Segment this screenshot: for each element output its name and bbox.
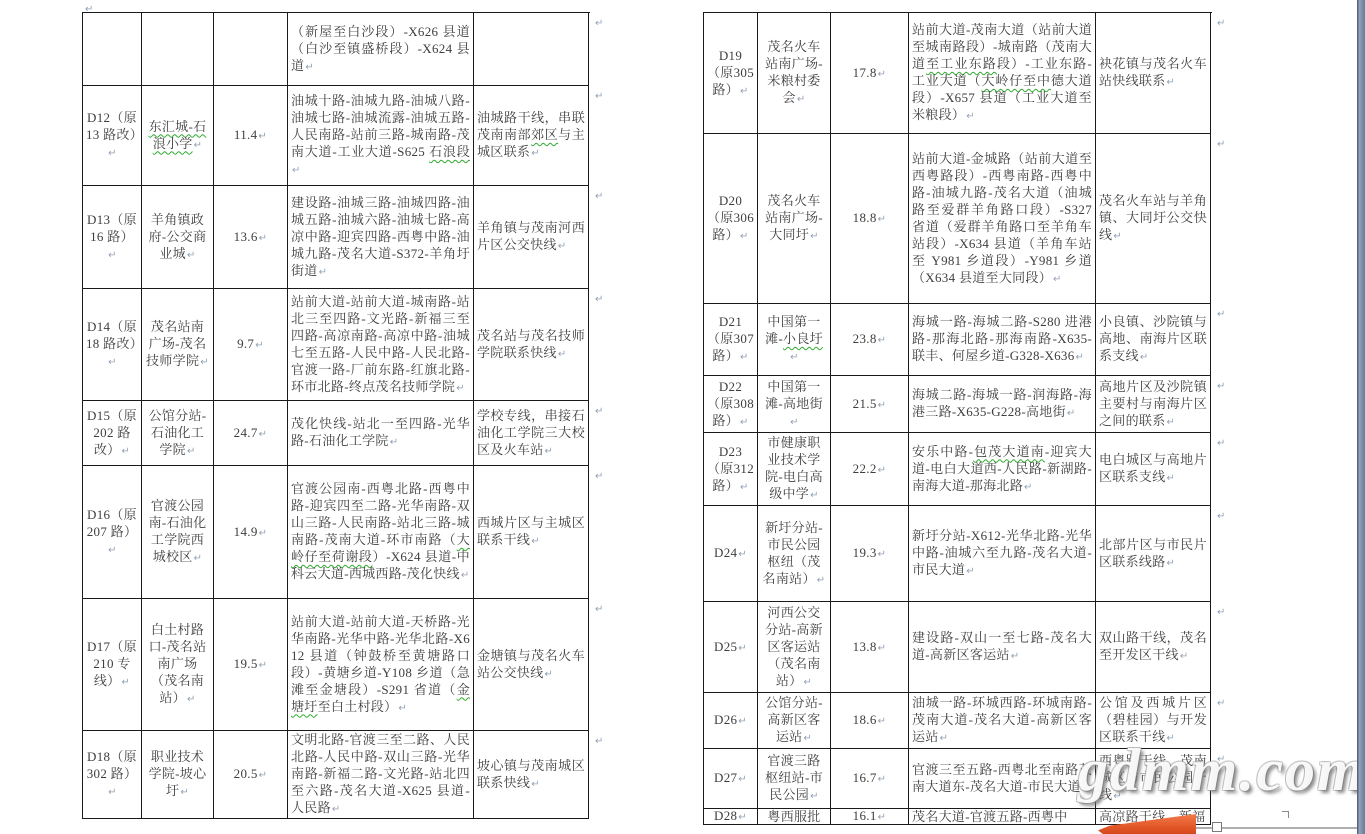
function-cell: 学校专线，串接石油化工学院三大校区及火车站↵ [474, 401, 589, 466]
function-cell: 坡心镇与茂南城区联系快线↵ [474, 731, 589, 819]
paragraph-mark: ↵ [85, 4, 93, 15]
paragraph-mark: ↵ [738, 774, 747, 785]
route-name-cell: 茂名站南广场-茂名技师学院↵ [142, 289, 214, 401]
function-cell: 高地片区及沙院镇主要村与南海片区之间的联系↵ [1096, 376, 1211, 433]
distance-cell: 18.8↵ [831, 134, 909, 304]
paragraph-mark: ↵ [1167, 77, 1176, 88]
paragraph-mark: ↵ [1113, 791, 1122, 802]
function-cell: 油城路干线，串联茂南南部郊区与主城区联系↵ [474, 86, 589, 186]
row-end-mark: ↵ [595, 604, 603, 615]
function-cell: 袂花镇与茂名火车站快线联系↵ [1096, 13, 1211, 134]
distance-cell: 13.6↵ [214, 186, 288, 289]
route-desc-cell: 海城二路-海城一路-润海路-海港三路-X635-G228-高地街↵ [909, 376, 1096, 433]
table-row: D19（原305 路）↵茂名火车站南广场-米粮村委会↵17.8↵站前大道-茂南大… [704, 13, 1212, 134]
row-end-mark: ↵ [1217, 18, 1225, 29]
route-name-cell: 职业技术学院-坡心圩↵ [142, 731, 214, 819]
route-name-cell: 羊角镇政府-公交商业城↵ [142, 186, 214, 289]
table-row: D27↵官渡三路枢纽站-市民公园↵16.7↵官渡三至五路-西粤北至南路茂南大道东… [704, 749, 1212, 809]
distance-cell: 11.4↵ [214, 86, 288, 186]
paragraph-mark: ↵ [1067, 408, 1076, 419]
table-row: D20（原306 路）↵茂名火车站南广场-大同圩↵18.8↵站前大道-金城路（站… [704, 134, 1212, 304]
route-desc-cell: 文明北路-官渡三至二路、人民北路-人民中路-双山三路-光华南路-新福二路-文光路… [288, 731, 474, 819]
route-desc-cell: 建设路-油城三路-油城四路-油城五路-油城六路-油城七路-高凉中路-迎宾四路-西… [288, 186, 474, 289]
route-desc-cell: 新圩分站-X612-光华北路-光华中路-油城六至九路-茂名大道-市民大道↵ [909, 506, 1096, 602]
route-desc-cell: 站前大道-茂南大道（站前大道至城南路段）-城南路（茂南大道至工业东路段）-工业东… [909, 13, 1096, 134]
distance-cell: 9.7↵ [214, 289, 288, 401]
distance-cell: 22.2↵ [831, 433, 909, 506]
paragraph-mark: ↵ [817, 575, 826, 586]
paragraph-mark: ↵ [803, 733, 812, 744]
route-id-cell: D28↵ [704, 809, 758, 825]
table-row: D13（原16 路）↵羊角镇政府-公交商业城↵13.6↵建设路-油城三路-油城四… [83, 186, 590, 289]
paragraph-mark: ↵ [187, 694, 196, 705]
distance-cell: 16.1↵ [831, 809, 909, 825]
row-end-mark: ↵ [595, 471, 603, 482]
paragraph-mark: ↵ [878, 69, 887, 80]
paragraph-mark: ↵ [108, 545, 117, 556]
route-desc-cell: 海城一路-海城二路-S280 进港路-那海北路-那海南路-X635-联丰、何屋乡… [909, 304, 1096, 376]
distance-cell: 16.7↵ [831, 749, 909, 809]
distance-cell: 24.7↵ [214, 401, 288, 466]
route-name-cell: 白土村路口-茂名站南广场（茂名南站）↵ [142, 599, 214, 731]
route-id-cell: D25↵ [704, 602, 758, 693]
paragraph-mark: ↵ [810, 231, 819, 242]
route-name-cell: 东汇城-石浪小学↵ [142, 86, 214, 186]
row-end-mark: ↵ [1217, 381, 1225, 392]
table-row: D21（原307 路）↵中国第一滩-小良圩↵23.8↵海城一路-海城二路-S28… [704, 304, 1212, 376]
resize-handle[interactable] [1212, 822, 1222, 832]
table-row: D14（原18 路改）↵茂名站南广场-茂名技师学院↵9.7↵站前大道-站前大道-… [83, 289, 590, 401]
paragraph-mark: ↵ [1011, 651, 1020, 662]
route-id-cell: D22（原308 路）↵ [704, 376, 758, 433]
paragraph-mark: ↵ [803, 677, 812, 688]
distance-cell: 21.5↵ [831, 376, 909, 433]
function-cell [474, 13, 589, 86]
paragraph-mark: ↵ [1140, 352, 1149, 363]
paragraph-mark: ↵ [738, 643, 747, 654]
route-name-cell: 新圩分站-市民公园枢纽（茂名南站）↵ [758, 506, 831, 602]
route-desc-cell: 官渡公园南-西粤北路-西粤中路-迎宾四至二路-光华南路-双山三路-人民南路-站北… [288, 466, 474, 599]
paragraph-mark: ↵ [878, 465, 887, 476]
route-id-cell: D24↵ [704, 506, 758, 602]
row-end-mark: ↵ [1217, 698, 1225, 709]
table-row: D25↵河西公交分站-高新区客运站（茂名南站）↵13.8↵建设路-双山一至七路-… [704, 602, 1212, 693]
paragraph-mark: ↵ [878, 335, 887, 346]
paragraph-mark: ↵ [1167, 558, 1176, 569]
paragraph-mark: ↵ [1167, 417, 1176, 428]
paragraph-mark: ↵ [1167, 473, 1176, 484]
paragraph-mark: ↵ [790, 352, 799, 363]
route-desc-cell: 官渡三至五路-西粤北至南路茂南大道东-茂名大道-市民大道↵ [909, 749, 1096, 809]
paragraph-mark: ↵ [740, 417, 749, 428]
route-name-cell: 粤西服批 [758, 809, 831, 825]
paragraph-mark: ↵ [108, 787, 117, 798]
route-name-cell: 官渡三路枢纽站-市民公园↵ [758, 749, 831, 809]
row-end-mark: ↵ [1217, 754, 1225, 765]
paragraph-mark: ↵ [305, 62, 314, 73]
route-desc-cell: 茂化快线-站北一至四路-光华路-石油化工学院↵ [288, 401, 474, 466]
paragraph-mark: ↵ [121, 446, 130, 457]
function-cell: 双山路干线，茂名至开发区干线↵ [1096, 602, 1211, 693]
function-cell: 电白城区与高地片区联系支线↵ [1096, 433, 1211, 506]
distance-cell: 23.8↵ [831, 304, 909, 376]
route-id-cell: D14（原18 路改）↵ [83, 289, 142, 401]
route-name-cell: 市健康职业技术学院-电白高级中学↵ [758, 433, 831, 506]
route-id-cell: D27↵ [704, 749, 758, 809]
paragraph-mark: ↵ [878, 716, 887, 727]
function-cell: 西粤路干线，茂南城区与市民公园干线↵ [1096, 749, 1211, 809]
row-end-mark: ↵ [1217, 139, 1225, 150]
row-end-mark: ↵ [1217, 438, 1225, 449]
route-id-cell: D12（原13 路改）↵ [83, 86, 142, 186]
paragraph-mark: ↵ [878, 400, 887, 411]
paragraph-mark: ↵ [738, 549, 747, 560]
route-desc-cell: 安乐中路-包茂大道南-迎宾大道-电白大道西-人民路-新湖路-南海大道-那海北路↵ [909, 433, 1096, 506]
route-name-cell: 茂名火车站南广场-米粮村委会↵ [758, 13, 831, 134]
row-end-mark: ↵ [1217, 309, 1225, 320]
paragraph-mark: ↵ [740, 352, 749, 363]
paragraph-mark: ↵ [108, 357, 117, 368]
distance-cell: 20.5↵ [214, 731, 288, 819]
paragraph-mark: ↵ [878, 643, 887, 654]
function-cell: 金塘镇与茂名火车站公交快线↵ [474, 599, 589, 731]
paragraph-mark: ↵ [259, 429, 268, 440]
route-id-cell: D20（原306 路）↵ [704, 134, 758, 304]
paragraph-mark: ↵ [390, 437, 399, 448]
paragraph-mark: ↵ [332, 804, 341, 815]
paragraph-mark: ↵ [292, 165, 301, 176]
paragraph-mark: ↵ [545, 446, 554, 457]
paragraph-mark: ↵ [1053, 274, 1062, 285]
row-end-mark: ↵ [595, 406, 603, 417]
paragraph-mark: ↵ [878, 812, 887, 823]
paragraph-mark: ↵ [531, 536, 540, 547]
route-id-cell: D19（原305 路）↵ [704, 13, 758, 134]
route-name-cell: 茂名火车站南广场-大同圩↵ [758, 134, 831, 304]
route-name-cell: 公馆分站-石油化工学院↵ [142, 401, 214, 466]
paragraph-mark: ↵ [259, 770, 268, 781]
paragraph-mark: ↵ [258, 131, 267, 142]
function-cell: 茂名火车站与羊角镇、大同圩公交快线↵ [1096, 134, 1211, 304]
distance-cell: 14.9↵ [214, 466, 288, 599]
paragraph-mark: ↵ [259, 528, 268, 539]
route-desc-cell: 油城一路-环城西路-环城南路-茂南大道-茂名大道-高新区客运站↵ [909, 693, 1096, 749]
row-end-mark: ↵ [595, 91, 603, 102]
table-row: D12（原13 路改）↵东汇城-石浪小学↵11.4↵油城十路-油城九路-油城八路… [83, 86, 590, 186]
paragraph-mark: ↵ [1180, 651, 1189, 662]
route-name-cell: 公馆分站-高新区客运站↵ [758, 693, 831, 749]
paragraph-mark: ↵ [108, 148, 117, 159]
route-id-cell: D26↵ [704, 693, 758, 749]
row-end-mark: ↵ [1217, 511, 1225, 522]
bus-route-table-right: D19（原305 路）↵茂名火车站南广场-米粮村委会↵17.8↵站前大道-茂南大… [703, 12, 1212, 825]
paragraph-mark: ↵ [545, 669, 554, 680]
paragraph-mark: ↵ [108, 250, 117, 261]
route-desc-cell: 茂名大道-官渡五路-西粤中 [909, 809, 1096, 825]
route-desc-cell: 站前大道-站前大道-城南路-站北三至四路-文光路-新福三至四路-高凉南路-高凉中… [288, 289, 474, 401]
paragraph-mark: ↵ [738, 716, 747, 727]
route-id-cell: D15（原202 路改）↵ [83, 401, 142, 466]
paragraph-mark: ↵ [121, 677, 130, 688]
route-desc-cell: （新屋至白沙段）-X626 县道（白沙至镇盛桥段）-X624 县道↵ [288, 13, 474, 86]
paragraph-mark: ↵ [180, 787, 189, 798]
paragraph-mark: ↵ [1024, 482, 1033, 493]
paragraph-mark: ↵ [878, 549, 887, 560]
paragraph-mark: ↵ [259, 233, 268, 244]
route-id-cell: D23（原312 路）↵ [704, 433, 758, 506]
table-row: D26↵公馆分站-高新区客运站↵18.6↵油城一路-环城西路-环城南路-茂南大道… [704, 693, 1212, 749]
distance-cell: 19.3↵ [831, 506, 909, 602]
paragraph-mark: ↵ [810, 791, 819, 802]
function-cell: 公馆及西城片区（碧桂园）与开发区联系干线↵ [1096, 693, 1211, 749]
paragraph-mark: ↵ [531, 779, 540, 790]
function-cell: 羊角镇与茂南河西片区公交快线↵ [474, 186, 589, 289]
paragraph-mark: ↵ [878, 774, 887, 785]
row-end-mark: ↵ [1217, 607, 1225, 618]
table-row: D15（原202 路改）↵公馆分站-石油化工学院↵24.7↵茂化快线-站北一至四… [83, 401, 590, 466]
paragraph-mark: ↵ [398, 703, 407, 714]
route-id-cell: D16（原207 路）↵ [83, 466, 142, 599]
paragraph-mark: ↵ [1167, 733, 1176, 744]
distance-cell: 18.6↵ [831, 693, 909, 749]
function-cell: 茂名站与茂名技师学院联系快线↵ [474, 289, 589, 401]
paragraph-mark: ↵ [187, 446, 196, 457]
route-id-cell: D13（原16 路）↵ [83, 186, 142, 289]
paragraph-mark: ↵ [200, 357, 209, 368]
route-desc-cell: 建设路-双山一至七路-茂名大道-高新区客运站↵ [909, 602, 1096, 693]
paragraph-mark: ↵ [740, 86, 749, 97]
table-row: （新屋至白沙段）-X626 县道（白沙至镇盛桥段）-X624 县道↵ [83, 13, 590, 86]
paragraph-mark: ↵ [194, 553, 203, 564]
table-row: D16（原207 路）↵官渡公园南-石油化工学院西城校区↵14.9↵官渡公园南-… [83, 466, 590, 599]
row-end-mark: ↵ [595, 736, 603, 747]
function-cell: 北部片区与市民片区联系线路↵ [1096, 506, 1211, 602]
document-page: { "colors": { "text": "#3e3e3e", "border… [0, 0, 1365, 834]
route-id-cell: D21（原307 路）↵ [704, 304, 758, 376]
paragraph-mark: ↵ [810, 490, 819, 501]
route-id-cell: D17（原210 专线）↵ [83, 599, 142, 731]
distance-cell [214, 13, 288, 86]
row-end-mark: ↵ [595, 191, 603, 202]
paragraph-mark: ↵ [187, 250, 196, 261]
paragraph-mark: ↵ [461, 570, 470, 581]
paragraph-mark: ↵ [558, 349, 567, 360]
route-name-cell: 官渡公园南-石油化工学院西城校区↵ [142, 466, 214, 599]
route-id-cell: D18（原302 路）↵ [83, 731, 142, 819]
distance-cell: 19.5↵ [214, 599, 288, 731]
paragraph-mark: ↵ [738, 812, 747, 823]
paragraph-mark: ↵ [878, 214, 887, 225]
distance-cell: 13.8↵ [831, 602, 909, 693]
route-desc-cell: 油城十路-油城九路-油城八路-油城七路-油城流露-油城五路-人民南路-站前三路-… [288, 86, 474, 186]
paragraph-mark: ↵ [558, 241, 567, 252]
row-end-mark: ↵ [595, 294, 603, 305]
function-cell: 小良镇、沙院镇与高地、南海片区联系支线↵ [1096, 304, 1211, 376]
route-name-cell: 中国第一滩-小良圩↵ [758, 304, 831, 376]
table-row: D17（原210 专线）↵白土村路口-茂名站南广场（茂名南站）↵19.5↵站前大… [83, 599, 590, 731]
route-desc-cell: 站前大道-站前大道-天桥路-光华南路-光华中路-光华北路-X612 县道（钟鼓桥… [288, 599, 474, 731]
bus-route-table-left: （新屋至白沙段）-X626 县道（白沙至镇盛桥段）-X624 县道↵D12（原1… [82, 12, 590, 819]
paragraph-mark: ↵ [1076, 352, 1085, 363]
paragraph-mark: ↵ [940, 733, 949, 744]
paragraph-mark: ↵ [319, 267, 328, 278]
route-name-cell: 河西公交分站-高新区客运站（茂名南站）↵ [758, 602, 831, 693]
paragraph-mark: ↵ [797, 94, 806, 105]
paragraph-mark: ↵ [966, 111, 975, 122]
route-name-cell: 中国第一滩-高地街↵ [758, 376, 831, 433]
paragraph-mark: ↵ [194, 140, 203, 151]
paragraph-mark: ↵ [259, 660, 268, 671]
table-row: D24↵新圩分站-市民公园枢纽（茂名南站）↵19.3↵新圩分站-X612-光华北… [704, 506, 1212, 602]
paragraph-mark: ↵ [456, 383, 465, 394]
paragraph-mark: ↵ [740, 482, 749, 493]
distance-cell: 17.8↵ [831, 13, 909, 134]
function-cell: 西城片区与主城区联系干线↵ [474, 466, 589, 599]
table-row: D18（原302 路）↵职业技术学院-坡心圩↵20.5↵文明北路-官渡三至二路、… [83, 731, 590, 819]
paragraph-mark: ↵ [1113, 231, 1122, 242]
row-end-mark: ↵ [595, 18, 603, 29]
paragraph-mark: ↵ [531, 148, 540, 159]
route-id-cell [83, 13, 142, 86]
table-row: D23（原312 路）↵市健康职业技术学院-电白高级中学↵22.2↵安乐中路-包… [704, 433, 1212, 506]
paragraph-mark: ↵ [790, 417, 799, 428]
table-row: D22（原308 路）↵中国第一滩-高地街↵21.5↵海城二路-海城一路-润海路… [704, 376, 1212, 433]
route-desc-cell: 站前大道-金城路（站前大道至西粤路段）-西粤南路-西粤中路-油城九路-茂名大道（… [909, 134, 1096, 304]
paragraph-mark: ↵ [966, 566, 975, 577]
route-name-cell [142, 13, 214, 86]
paragraph-mark: ↵ [1082, 783, 1091, 794]
anchor-corner-mark [1282, 811, 1289, 818]
paragraph-mark: ↵ [740, 231, 749, 242]
paragraph-mark: ↵ [255, 340, 264, 351]
window-edge-scrollbar[interactable] [1357, 0, 1365, 834]
